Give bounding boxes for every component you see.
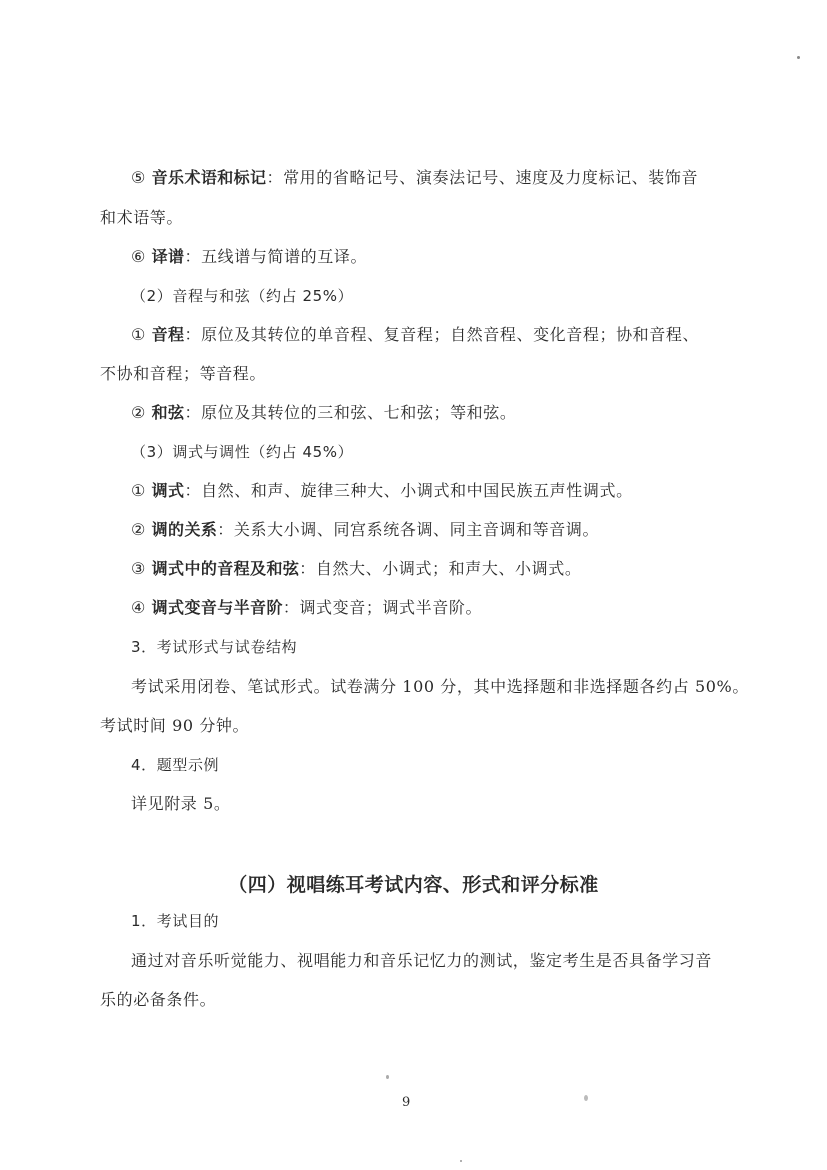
item-term: 调式中的音程及和弦: [152, 559, 300, 578]
item-term: 音程: [152, 325, 185, 344]
scan-speck: [797, 56, 800, 59]
item-key-relations: ② 调的关系：关系大小调、同宫系统各调、同主音调和等音调。: [131, 520, 599, 540]
heading-question-examples: 4．题型示例: [131, 755, 219, 775]
item-text: 调式变音；调式半音阶。: [299, 598, 482, 617]
examples-text: 详见附录 5。: [131, 794, 230, 814]
section-heading-intervals-chords: （2）音程与和弦（约占 25%）: [131, 286, 353, 306]
exam-purpose-text: 通过对音乐听觉能力、视唱能力和音乐记忆力的测试，鉴定考生是否具备学习音: [131, 951, 712, 971]
document-page: ⑤ 音乐术语和标记：常用的省略记号、演奏法记号、速度及力度标记、装饰音 和术语等…: [0, 0, 827, 1170]
item-term: 调式变音与半音阶: [152, 598, 283, 617]
scan-speck: [460, 1160, 462, 1162]
item-term: 和弦: [152, 403, 185, 422]
item-music-terms-continuation: 和术语等。: [100, 208, 183, 228]
scan-speck: [584, 1095, 588, 1101]
item-text: 常用的省略记号、演奏法记号、速度及力度标记、装饰音: [283, 168, 698, 187]
exam-format-text: 考试采用闭卷、笔试形式。试卷满分 100 分，其中选择题和非选择题各约占 50%…: [131, 677, 749, 697]
item-marker: ①: [131, 325, 146, 344]
item-marker: ⑤: [131, 168, 146, 187]
item-term: 调的关系: [152, 520, 218, 539]
heading-exam-purpose: 1．考试目的: [131, 911, 219, 931]
item-term: 音乐术语和标记: [152, 168, 267, 187]
section-heading-modes-tonality: （3）调式与调性（约占 45%）: [131, 442, 353, 462]
item-transcription: ⑥ 译谱：五线谱与简谱的互译。: [131, 247, 367, 267]
item-colon: ：: [184, 403, 201, 422]
item-colon: ：: [184, 325, 201, 344]
item-marker: ②: [131, 403, 146, 422]
item-term: 译谱: [152, 247, 185, 266]
item-text: 五线谱与简谱的互译。: [201, 247, 367, 266]
item-term: 调式: [152, 481, 185, 500]
item-marker: ①: [131, 481, 146, 500]
item-marker: ③: [131, 559, 146, 578]
item-colon: ：: [283, 598, 300, 617]
item-colon: ：: [184, 481, 201, 500]
item-music-terms: ⑤ 音乐术语和标记：常用的省略记号、演奏法记号、速度及力度标记、装饰音: [131, 168, 698, 188]
item-intervals-continuation: 不协和音程；等音程。: [100, 364, 266, 384]
scan-speck: [386, 1075, 389, 1079]
item-mode-intervals-chords: ③ 调式中的音程及和弦：自然大、小调式；和声大、小调式。: [131, 559, 581, 579]
item-intervals: ① 音程：原位及其转位的单音程、复音程；自然音程、变化音程；协和音程、: [131, 325, 699, 345]
item-chromatic: ④ 调式变音与半音阶：调式变音；调式半音阶。: [131, 598, 482, 618]
item-colon: ：: [217, 520, 234, 539]
part-title: （四）视唱练耳考试内容、形式和评分标准: [0, 870, 827, 897]
item-marker: ⑥: [131, 247, 146, 266]
item-marker: ④: [131, 598, 146, 617]
heading-exam-format: 3．考试形式与试卷结构: [131, 637, 297, 657]
item-text: 原位及其转位的单音程、复音程；自然音程、变化音程；协和音程、: [201, 325, 699, 344]
item-text: 自然、和声、旋律三种大、小调式和中国民族五声性调式。: [201, 481, 633, 500]
item-text: 原位及其转位的三和弦、七和弦；等和弦。: [201, 403, 516, 422]
item-colon: ：: [266, 168, 283, 187]
item-colon: ：: [299, 559, 316, 578]
item-text: 关系大小调、同宫系统各调、同主音调和等音调。: [234, 520, 599, 539]
item-colon: ：: [184, 247, 201, 266]
exam-format-continuation: 考试时间 90 分钟。: [100, 716, 249, 736]
exam-purpose-continuation: 乐的必备条件。: [100, 990, 216, 1010]
item-chords: ② 和弦：原位及其转位的三和弦、七和弦；等和弦。: [131, 403, 516, 423]
item-text: 自然大、小调式；和声大、小调式。: [316, 559, 582, 578]
item-marker: ②: [131, 520, 146, 539]
item-modes: ① 调式：自然、和声、旋律三种大、小调式和中国民族五声性调式。: [131, 481, 633, 501]
page-number: 9: [402, 1095, 410, 1110]
